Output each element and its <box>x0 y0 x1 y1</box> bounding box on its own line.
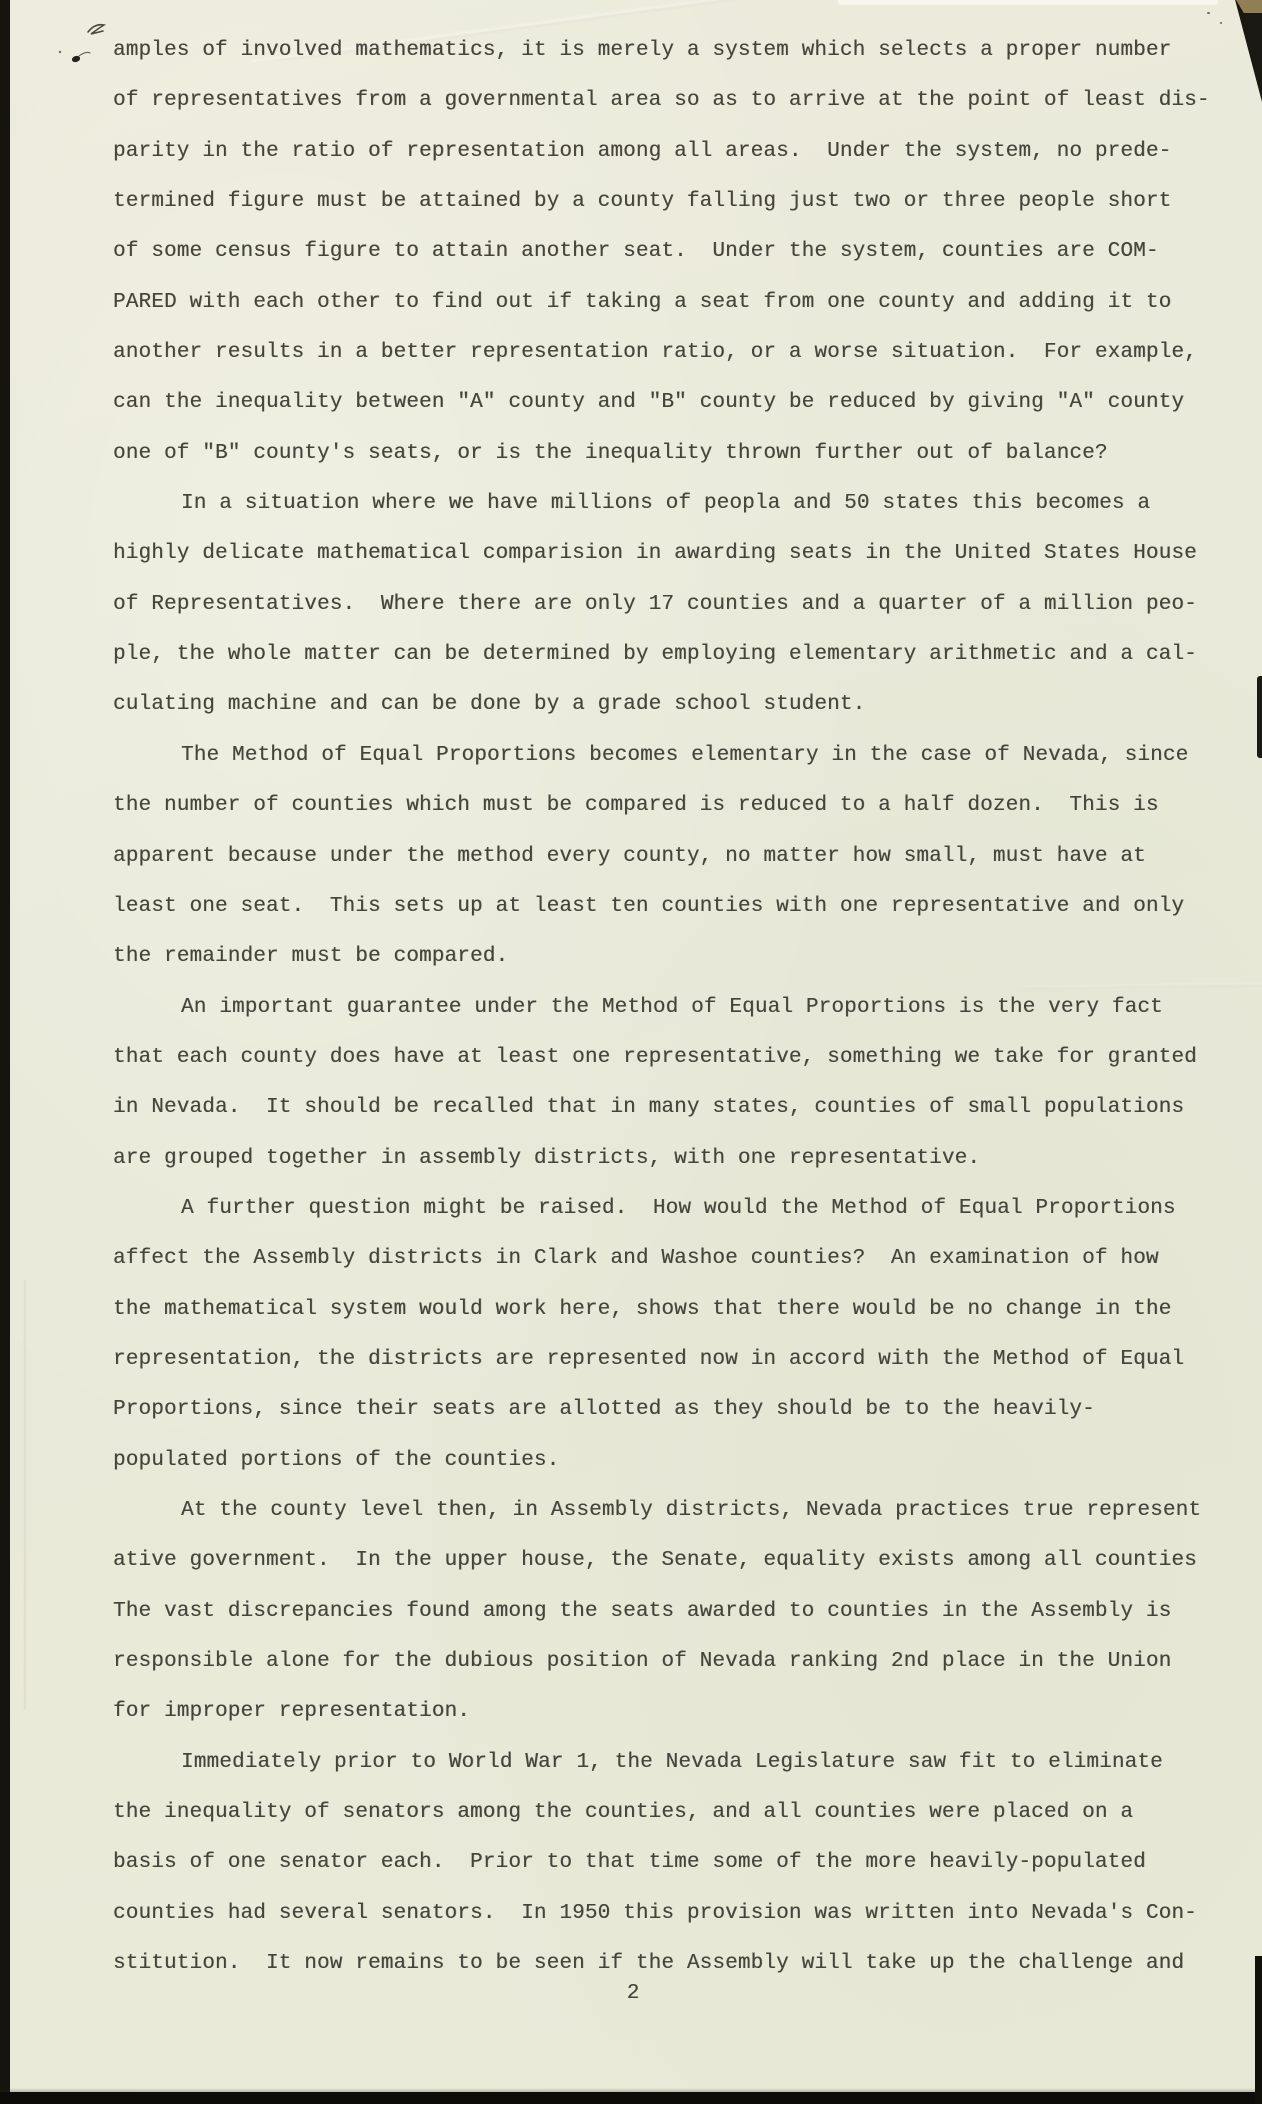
scan-edge-top-sliver <box>838 0 1218 5</box>
text-line: Proportions, since their seats are allot… <box>113 1385 1223 1435</box>
page-number: 2 <box>113 1982 1153 2005</box>
text-line: of Representatives. Where there are only… <box>113 580 1223 630</box>
scan-edge-bottom <box>0 2092 1262 2104</box>
text-line: amples of involved mathematics, it is me… <box>113 26 1223 76</box>
scan-edge-right <box>1257 676 1262 758</box>
text-line: At the county level then, in Assembly di… <box>113 1486 1223 1536</box>
text-line: In a situation where we have millions of… <box>113 479 1223 529</box>
text-line: in Nevada. It should be recalled that in… <box>113 1083 1223 1133</box>
text-line: The Method of Equal Proportions becomes … <box>113 731 1223 781</box>
text-line: basis of one senator each. Prior to that… <box>113 1838 1223 1888</box>
text-line: highly delicate mathematical comparision… <box>113 529 1223 579</box>
text-line: least one seat. This sets up at least te… <box>113 882 1223 932</box>
text-line: ple, the whole matter can be determined … <box>113 630 1223 680</box>
text-line: of some census figure to attain another … <box>113 227 1223 277</box>
text-line: Immediately prior to World War 1, the Ne… <box>113 1738 1223 1788</box>
text-line: the number of counties which must be com… <box>113 781 1223 831</box>
ink-speck <box>1207 12 1210 14</box>
text-line: responsible alone for the dubious positi… <box>113 1637 1223 1687</box>
text-line: parity in the ratio of representation am… <box>113 127 1223 177</box>
text-line: populated portions of the counties. <box>113 1436 1223 1486</box>
text-line: affect the Assembly districts in Clark a… <box>113 1234 1223 1284</box>
text-line: that each county does have at least one … <box>113 1033 1223 1083</box>
text-line: The vast discrepancies found among the s… <box>113 1587 1223 1637</box>
text-line: for improper representation. <box>113 1687 1223 1737</box>
text-line: ative government. In the upper house, th… <box>113 1536 1223 1586</box>
text-line: PARED with each other to find out if tak… <box>113 278 1223 328</box>
text-line: culating machine and can be done by a gr… <box>113 680 1223 730</box>
text-line: A further question might be raised. How … <box>113 1184 1223 1234</box>
text-line: the remainder must be compared. <box>113 932 1223 982</box>
page-text: amples of involved mathematics, it is me… <box>113 26 1223 1989</box>
text-line: are grouped together in assembly distric… <box>113 1134 1223 1184</box>
text-line: the mathematical system would work here,… <box>113 1285 1223 1335</box>
text-line: the inequality of senators among the cou… <box>113 1788 1223 1838</box>
text-line: of representatives from a governmental a… <box>113 76 1223 126</box>
text-line: another results in a better representati… <box>113 328 1223 378</box>
text-line: apparent because under the method every … <box>113 832 1223 882</box>
text-line: representation, the districts are repres… <box>113 1335 1223 1385</box>
text-line: termined figure must be attained by a co… <box>113 177 1223 227</box>
text-line: one of "B" county's seats, or is the ine… <box>113 429 1223 479</box>
scan-edge-right <box>1255 1956 1262 2104</box>
scan-edge-left <box>0 0 10 2104</box>
ink-speck <box>1220 22 1222 24</box>
scanned-document: { "document": { "page_number": "2", "lin… <box>0 0 1262 2104</box>
text-line: An important guarantee under the Method … <box>113 983 1223 1033</box>
text-line: counties had several senators. In 1950 t… <box>113 1889 1223 1939</box>
text-line: can the inequality between "A" county an… <box>113 378 1223 428</box>
